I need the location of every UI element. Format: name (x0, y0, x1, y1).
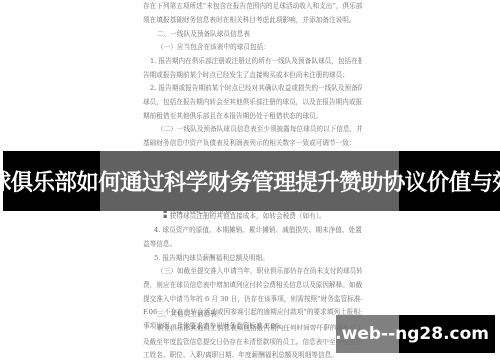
document-line: 基础财务信息中资产负债表及利润表列示的相关数字一致或可调节一致： (143, 139, 362, 148)
document-line: 4. 球员资产的原值、本期摊销、累计摊销、减值损失、期末净值、处置损 (154, 226, 362, 235)
document-line: （二）一线队及预备队球员信息表至少须披露每位球员的以下信息，并与 (157, 125, 362, 134)
document-line: 须在填报基础财务信息表时在相关科目考虑此项影响，并添加备注说明。 (143, 16, 362, 25)
document-line: 告期或报告期前某个时点已经发生了直接购买或本但尚未注册的球员； (143, 71, 362, 80)
document-line: 费，则应在球员信息表中增加填列应付转会费相关信息以及原因解释。如截至 (143, 281, 362, 290)
document-line: 三、其他员工信息表 (157, 310, 362, 319)
document-line: 二、一线队及预备队球员信息表 (157, 30, 362, 39)
document-line: 益等信息。 (143, 240, 362, 249)
document-line: （一）应当包含在该表中的球员包括： (157, 43, 362, 52)
document-line: 2. 报告期或报告期前某个时点已经对其确认收益或损失的一线队及预备队 (150, 84, 362, 93)
document-line: （三）如截至提交准入申请当年，职业俱乐部仍存在尚未支付的球员转会 (157, 267, 362, 276)
document-line: 球员，包括在报告期内转会至其他俱乐部注册的球员，以及在报告期内或报告 (143, 98, 362, 107)
document-line: 存在下列第五项所述“未包含在报告范围内的足球活动收入和支出”，俱乐部 (143, 2, 362, 11)
watermark-link[interactable]: www.web--ng28.com (336, 315, 495, 353)
document-line: 期前租借至其他俱乐部且在本报告期仍处于租借状态的球员。 (143, 112, 362, 121)
document-line: 5. 报告期内球员薪酬福利总额及明细。 (154, 254, 362, 263)
document-line: 提交准入申请当年的 6 月 30 日，仍存在该事项，则需按照“财务监管标准- (143, 295, 362, 304)
document-line: 工姓名、职位、入职/离职日期、年度薪酬福利总额及明细等信息。 (143, 351, 362, 360)
document-line: ▪ 获得球员注册的其他直接成本，如转会税费（如有）。 (163, 212, 362, 221)
document-line: 1. 报告期内在俱乐部注册或注册过的所有一线队及预备队球员，包括在报 (150, 57, 362, 66)
page-title: 足球俱乐部如何通过科学财务管理提升赞助协议价值与效果 (3, 151, 500, 211)
